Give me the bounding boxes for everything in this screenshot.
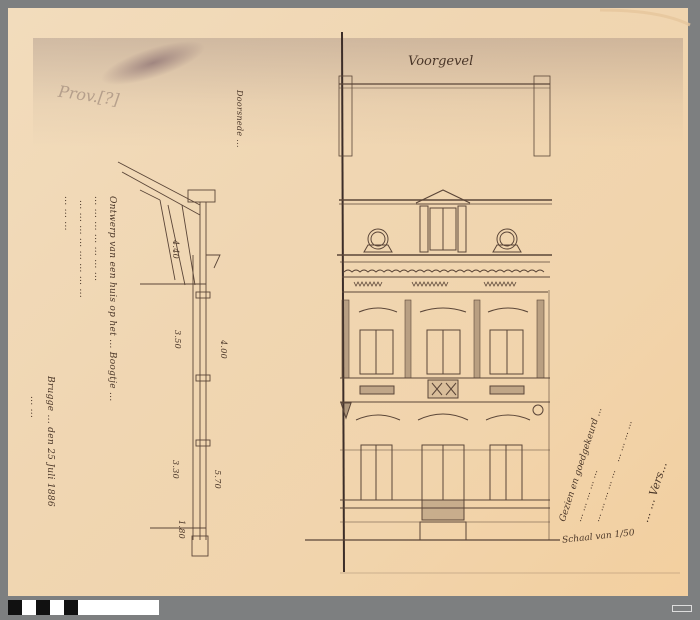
ruler-icon bbox=[672, 605, 692, 612]
section-dimension: 4.40 bbox=[171, 240, 180, 259]
left-annotation-line-4: ... ... ... bbox=[62, 196, 72, 231]
color-calibration-patch bbox=[8, 600, 22, 615]
color-calibration-patch bbox=[64, 600, 78, 615]
section-dimension: 3.30 bbox=[171, 460, 180, 479]
left-signature-name: ... ... bbox=[28, 396, 38, 418]
section-dimension: 1.80 bbox=[177, 520, 186, 539]
section-dimension: 3.50 bbox=[173, 330, 182, 349]
left-annotation-line-1: Ontwerp van een huis op het ... Boogtje … bbox=[107, 196, 117, 402]
cross-section bbox=[118, 162, 220, 556]
left-annotation-line-3: ... ... ... ... ... ... ... ... bbox=[77, 200, 87, 298]
left-annotation-line-2: ... ... ... ... ... ... ... bbox=[92, 196, 102, 281]
color-calibration-patch bbox=[36, 600, 50, 615]
section-dimension: 4.00 bbox=[219, 340, 228, 359]
section-dimension: 5.70 bbox=[213, 470, 222, 489]
color-calibration-patch bbox=[22, 600, 36, 615]
drawing-title: Voorgevel bbox=[408, 54, 473, 69]
left-signature-date: Brugge ... den 25 Juli 1886 bbox=[45, 376, 55, 507]
color-calibration-patch bbox=[50, 600, 64, 615]
facade-elevation bbox=[337, 76, 552, 540]
color-calibration-patch bbox=[78, 600, 159, 615]
section-label: Doorsnede ... bbox=[235, 90, 244, 148]
